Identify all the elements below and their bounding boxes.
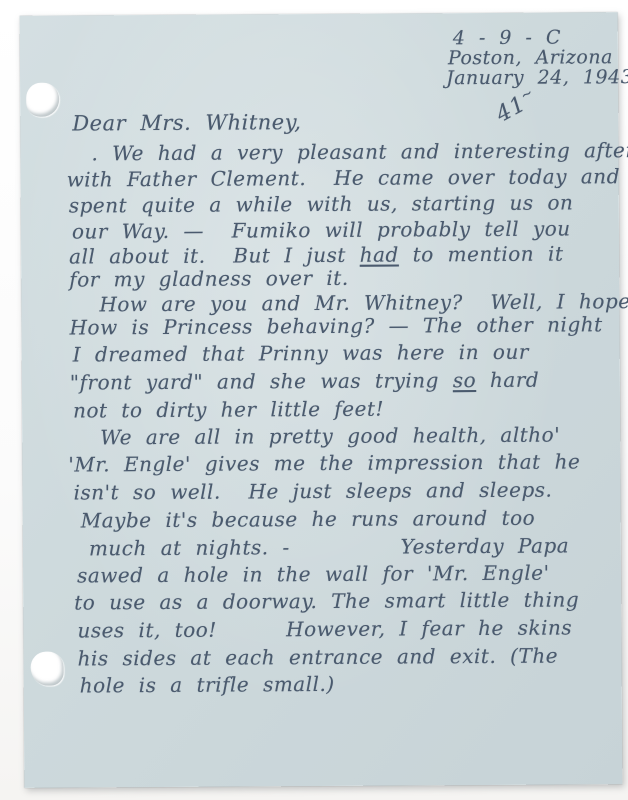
letter-paper: 4 - 9 - C Poston, Arizona January 24, 19… xyxy=(20,12,623,788)
letter-line-15: Maybe it's because he runs around too xyxy=(81,506,536,533)
heading-date: January 24, 1943 xyxy=(446,66,628,89)
salutation: Dear Mrs. Whitney, xyxy=(72,110,301,135)
letter-line-18: to use as a doorway. The smart little th… xyxy=(74,587,579,614)
letter-line-2: with Father Clement. He came over today … xyxy=(67,164,620,191)
letter-line-12: We are all in pretty good health, altho' xyxy=(100,423,560,450)
line-10-post: hard xyxy=(476,368,539,392)
scanned-letter-background: 4 - 9 - C Poston, Arizona January 24, 19… xyxy=(0,0,628,800)
letter-line-13: 'Mr. Engle' gives me the impression that… xyxy=(68,449,580,476)
line-10-pre: "front yard" and she was trying xyxy=(70,368,453,394)
letter-line-20: his sides at each entrance and exit. (Th… xyxy=(78,644,559,671)
letter-line-9: I dreamed that Prinny was here in our xyxy=(73,340,529,367)
letter-line-10: "front yard" and she was trying so hard xyxy=(70,368,539,395)
line-5-pre: all about it. But I just xyxy=(69,243,360,269)
letter-line-17: sawed a hole in the wall for 'Mr. Engle' xyxy=(77,561,550,588)
letter-line-3: spent quite a while with us, starting us… xyxy=(69,190,574,217)
letter-line-11: not to dirty her little feet! xyxy=(73,397,384,423)
underlined-word-so: so xyxy=(453,368,476,392)
letter-line-5: all about it. But I just had to mention … xyxy=(69,242,563,269)
letter-line-16: much at nights. - Yesterday Papa xyxy=(89,533,569,560)
letter-line-21: hole is a trifle small.) xyxy=(80,672,335,698)
letter-line-19: uses it, too! However, I fear he skins xyxy=(77,615,572,642)
letter-line-8: How is Princess behaving? — The other ni… xyxy=(69,312,602,339)
underlined-word-had: had xyxy=(360,243,399,267)
letter-line-14: isn't so well. He just sleeps and sleeps… xyxy=(73,478,552,505)
letter-line-1: . We had a very pleasant and interesting… xyxy=(91,138,628,166)
hole-punch-top xyxy=(26,83,59,117)
hole-punch-bottom xyxy=(31,652,64,686)
letter-line-6: for my gladness over it. xyxy=(69,266,349,292)
letter-line-4: our Way. — Fumiko will probably tell you xyxy=(72,216,571,243)
page-number-mark: 41~ xyxy=(492,84,542,127)
line-5-post: to mention it xyxy=(399,242,564,267)
